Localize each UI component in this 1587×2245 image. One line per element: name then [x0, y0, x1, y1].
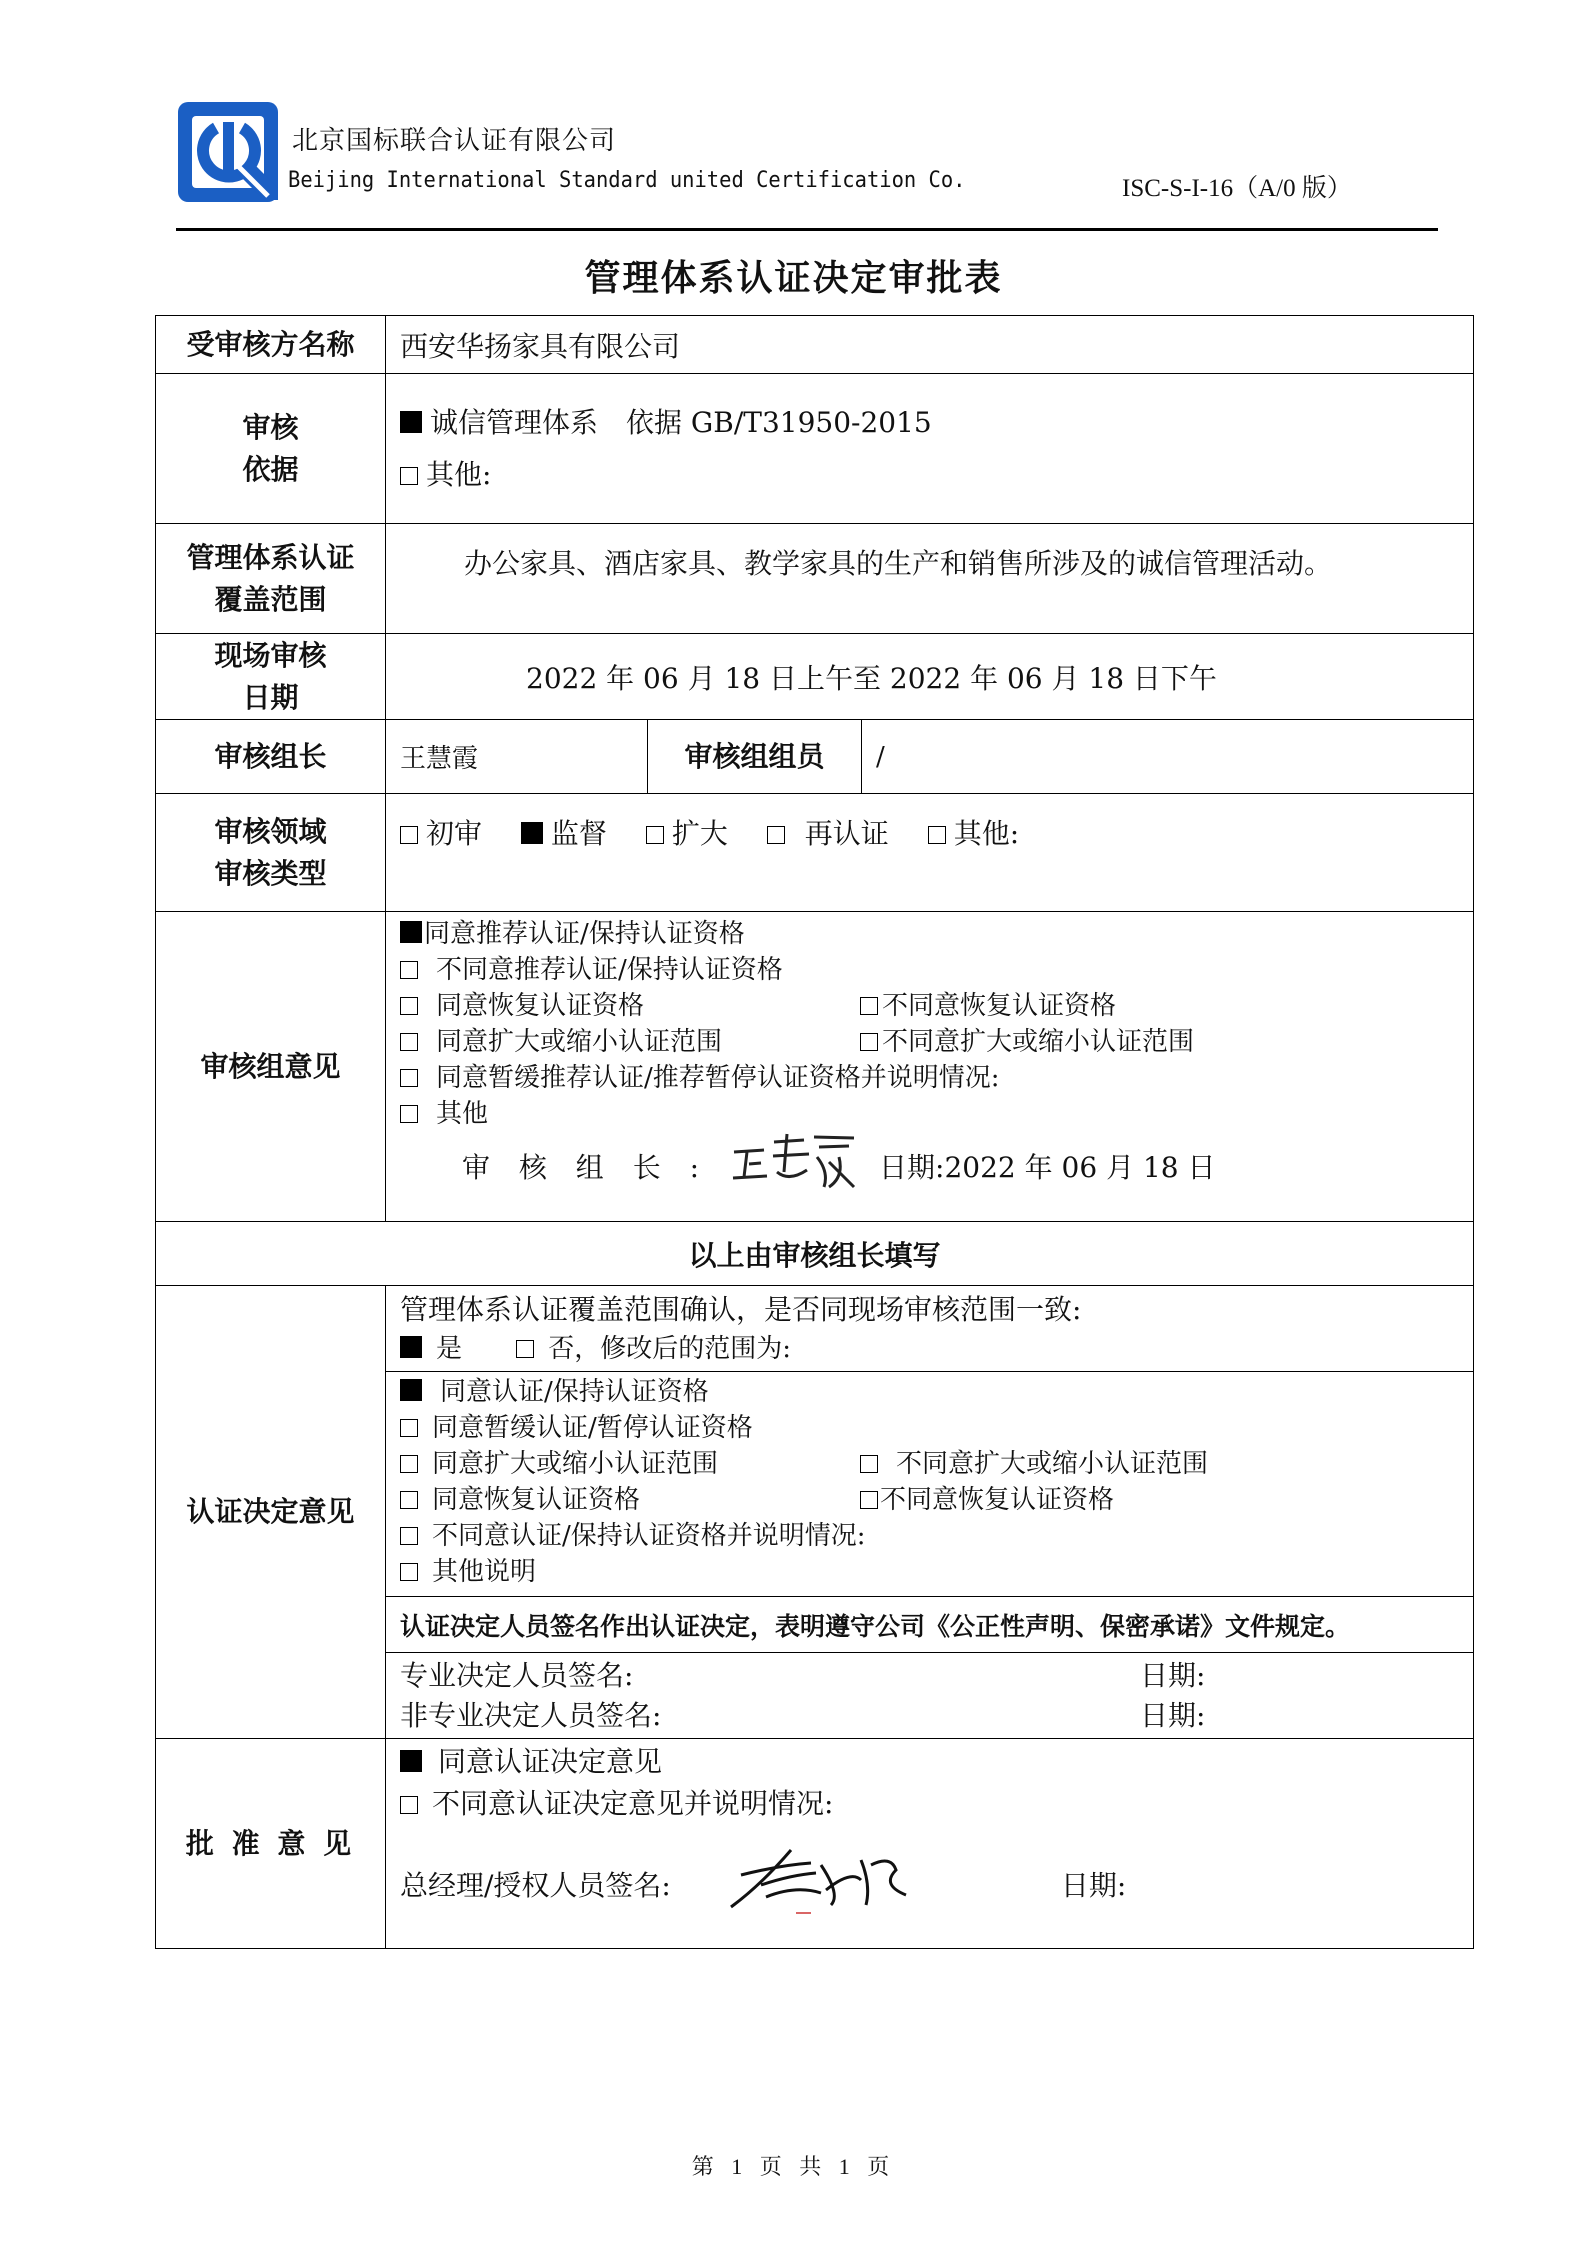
- form-title: 管理体系认证决定审批表: [0, 250, 1587, 301]
- checkbox-checked-icon[interactable]: [400, 1379, 422, 1401]
- row-decision-scope: 认证决定意见 管理体系认证覆盖范围确认，是否同现场审核范围一致: 是 否，修改后…: [156, 1286, 1474, 1372]
- decision-option-reject[interactable]: 不同意认证/保持认证资格并说明情况:: [400, 1518, 1473, 1554]
- checkbox-empty-icon[interactable]: [400, 1796, 418, 1814]
- approval-label: 批 准 意 见: [156, 1739, 386, 1949]
- team-members-label: 审核组组员: [648, 720, 862, 794]
- checkbox-checked-icon[interactable]: [400, 1336, 422, 1358]
- audit-type-options: 初审 监督 扩大 再认证 其他:: [386, 794, 1474, 912]
- decision-options: 同意认证/保持认证资格 同意暂缓认证/暂停认证资格 同意扩大或缩小认证范围 不同…: [386, 1372, 1474, 1597]
- team-opinion-options: 同意推荐认证/保持认证资格 不同意推荐认证/保持认证资格 同意恢复认证资格 不同…: [386, 912, 1474, 1222]
- decision-declaration: 认证决定人员签名作出认证决定，表明遵守公司《公正性声明、保密承诺》文件规定。: [386, 1597, 1474, 1653]
- checkbox-empty-icon[interactable]: [860, 997, 878, 1015]
- row-team-opinion: 审核组意见 同意推荐认证/保持认证资格 不同意推荐认证/保持认证资格 同意恢复认…: [156, 912, 1474, 1222]
- approver-signature: [721, 1845, 911, 1926]
- checkbox-checked-icon[interactable]: [521, 822, 543, 844]
- checkbox-empty-icon[interactable]: [400, 1455, 418, 1473]
- auditee-label: 受审核方名称: [156, 316, 386, 374]
- team-opinion-label: 审核组意见: [156, 912, 386, 1222]
- basis-option-other[interactable]: 其他:: [400, 449, 1473, 501]
- row-auditee: 受审核方名称 西安华扬家具有限公司: [156, 316, 1474, 374]
- approver-signature-line: 总经理/授权人员签名: 日期:: [400, 1845, 1473, 1926]
- team-opinion-option-recommend[interactable]: 同意推荐认证/保持认证资格: [400, 916, 1473, 952]
- checkbox-empty-icon[interactable]: [928, 826, 946, 844]
- decision-scope-confirm: 管理体系认证覆盖范围确认，是否同现场审核范围一致: 是 否，修改后的范围为:: [386, 1286, 1474, 1372]
- decision-option-scope-change[interactable]: 同意扩大或缩小认证范围: [400, 1446, 860, 1482]
- team-opinion-option-not-recommend[interactable]: 不同意推荐认证/保持认证资格: [400, 952, 1473, 988]
- audit-type-recertification[interactable]: 再认证: [767, 817, 889, 850]
- approval-options: 同意认证决定意见 不同意认证决定意见并说明情况: 总经理/授权人员签名: 日期:: [386, 1739, 1474, 1949]
- checkbox-empty-icon[interactable]: [860, 1033, 878, 1051]
- nonpro-signer-label: 非专业决定人员签名:: [400, 1696, 1140, 1736]
- checkbox-empty-icon[interactable]: [400, 1527, 418, 1545]
- team-members-value: /: [862, 720, 1474, 794]
- team-opinion-option-not-restore[interactable]: 不同意恢复认证资格: [860, 988, 1116, 1024]
- audit-date-value: 2022 年 06 月 18 日上午至 2022 年 06 月 18 日下午: [386, 634, 1474, 720]
- pro-signer-label: 专业决定人员签名:: [400, 1656, 1140, 1696]
- checkbox-empty-icon[interactable]: [767, 826, 785, 844]
- checkbox-checked-icon[interactable]: [400, 1750, 422, 1772]
- checkbox-empty-icon[interactable]: [400, 1491, 418, 1509]
- approval-option-agree[interactable]: 同意认证决定意见: [400, 1741, 1473, 1783]
- company-logo-icon: [176, 100, 280, 204]
- row-audit-date: 现场审核 日期 2022 年 06 月 18 日上午至 2022 年 06 月 …: [156, 634, 1474, 720]
- audit-date-label: 现场审核 日期: [156, 634, 386, 720]
- team-leader-signature: [729, 1132, 859, 1203]
- team-leader-value: 王慧霞: [386, 720, 648, 794]
- auditee-value: 西安华扬家具有限公司: [386, 316, 1474, 374]
- pro-signer-date-label: 日期:: [1140, 1656, 1205, 1696]
- checkbox-empty-icon[interactable]: [400, 1105, 418, 1123]
- header-divider: [176, 228, 1438, 231]
- filled-by-note: 以上由审核组长填写: [156, 1222, 1474, 1286]
- audit-type-initial[interactable]: 初审: [400, 817, 482, 850]
- document-code: ISC-S-I-16（A/0 版）: [1122, 168, 1352, 204]
- company-name-en: Beijing International Standard united Ce…: [288, 168, 965, 193]
- decision-option-no-scope-change[interactable]: 不同意扩大或缩小认证范围: [860, 1446, 1208, 1482]
- checkbox-empty-icon[interactable]: [400, 997, 418, 1015]
- row-cert-scope: 管理体系认证 覆盖范围 办公家具、酒店家具、教学家具的生产和销售所涉及的诚信管理…: [156, 524, 1474, 634]
- checkbox-empty-icon[interactable]: [646, 826, 664, 844]
- checkbox-checked-icon[interactable]: [400, 921, 422, 943]
- approval-form-table: 受审核方名称 西安华扬家具有限公司 审核 依据 诚信管理体系 依据 GB/T31…: [155, 315, 1474, 1949]
- audit-basis-options: 诚信管理体系 依据 GB/T31950-2015 其他:: [386, 374, 1474, 524]
- decision-signatures: 专业决定人员签名: 日期: 非专业决定人员签名: 日期:: [386, 1653, 1474, 1739]
- decision-option-restore[interactable]: 同意恢复认证资格: [400, 1482, 860, 1518]
- row-audit-team: 审核组长 王慧霞 审核组组员 /: [156, 720, 1474, 794]
- audit-type-label: 审核领域 审核类型: [156, 794, 386, 912]
- team-opinion-option-suspend[interactable]: 同意暂缓推荐认证/推荐暂停认证资格并说明情况:: [400, 1060, 1473, 1096]
- row-filled-by-note: 以上由审核组长填写: [156, 1222, 1474, 1286]
- checkbox-empty-icon[interactable]: [400, 961, 418, 979]
- checkbox-empty-icon[interactable]: [400, 1563, 418, 1581]
- audit-type-extension[interactable]: 扩大: [646, 817, 728, 850]
- nonpro-signer-date-label: 日期:: [1140, 1696, 1205, 1736]
- decision-option-other[interactable]: 其他说明: [400, 1554, 1473, 1590]
- row-audit-type: 审核领域 审核类型 初审 监督 扩大 再认证 其他:: [156, 794, 1474, 912]
- page-number: 第 1 页 共 1 页: [0, 2150, 1587, 2181]
- row-approval: 批 准 意 见 同意认证决定意见 不同意认证决定意见并说明情况: 总经理/授权人…: [156, 1739, 1474, 1949]
- scope-no-option[interactable]: 否，修改后的范围为:: [516, 1334, 791, 1364]
- decision-label: 认证决定意见: [156, 1286, 386, 1739]
- approver-date-label: 日期:: [1061, 1866, 1126, 1906]
- team-opinion-option-restore[interactable]: 同意恢复认证资格: [400, 988, 860, 1024]
- audit-basis-label: 审核 依据: [156, 374, 386, 524]
- row-audit-basis: 审核 依据 诚信管理体系 依据 GB/T31950-2015 其他:: [156, 374, 1474, 524]
- team-opinion-option-no-scope-change[interactable]: 不同意扩大或缩小认证范围: [860, 1024, 1194, 1060]
- team-opinion-option-scope-change[interactable]: 同意扩大或缩小认证范围: [400, 1024, 860, 1060]
- decision-option-not-restore[interactable]: 不同意恢复认证资格: [860, 1482, 1114, 1518]
- decision-option-certify[interactable]: 同意认证/保持认证资格: [400, 1374, 1473, 1410]
- basis-option-integrity[interactable]: 诚信管理体系 依据 GB/T31950-2015: [400, 397, 1473, 449]
- company-name-cn: 北京国标联合认证有限公司: [292, 120, 616, 157]
- checkbox-empty-icon[interactable]: [860, 1455, 878, 1473]
- team-leader-signature-line: 审 核 组 长 : 日期: 2022 年 06 月 18 日: [400, 1132, 1473, 1203]
- checkbox-empty-icon[interactable]: [400, 1419, 418, 1437]
- checkbox-empty-icon[interactable]: [400, 1069, 418, 1087]
- checkbox-empty-icon[interactable]: [400, 826, 418, 844]
- cert-scope-label: 管理体系认证 覆盖范围: [156, 524, 386, 634]
- checkbox-empty-icon[interactable]: [860, 1491, 878, 1509]
- checkbox-empty-icon[interactable]: [516, 1340, 534, 1358]
- team-leader-label: 审核组长: [156, 720, 386, 794]
- audit-type-surveillance[interactable]: 监督: [521, 817, 607, 850]
- cert-scope-value: 办公家具、酒店家具、教学家具的生产和销售所涉及的诚信管理活动。: [386, 524, 1474, 634]
- scope-yes-option[interactable]: 是: [400, 1334, 462, 1364]
- decision-option-suspend[interactable]: 同意暂缓认证/暂停认证资格: [400, 1410, 1473, 1446]
- team-opinion-option-other[interactable]: 其他: [400, 1096, 1473, 1132]
- checkbox-empty-icon[interactable]: [400, 1033, 418, 1051]
- checkbox-empty-icon[interactable]: [400, 467, 418, 485]
- approval-option-disagree[interactable]: 不同意认证决定意见并说明情况:: [400, 1783, 1473, 1825]
- checkbox-checked-icon[interactable]: [400, 411, 422, 433]
- audit-type-other[interactable]: 其他:: [928, 817, 1019, 850]
